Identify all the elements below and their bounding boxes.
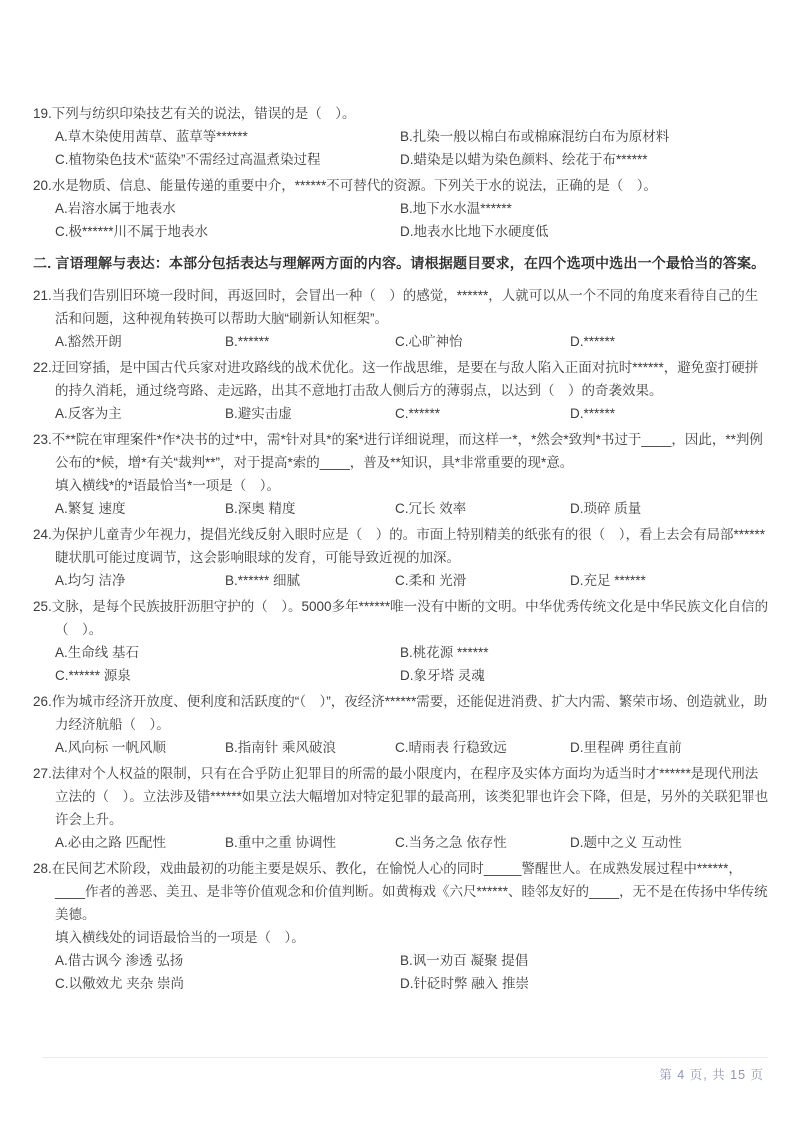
- question-text: 不**院在审理案件*作*决书的过*中，需*针对具*的案*进行详细说理，而这样一*…: [52, 432, 763, 470]
- option-a: A.风向标 一帆风顺: [55, 736, 225, 759]
- option-d: D.地表水比地下水硬度低: [400, 220, 770, 243]
- option-b: B.重中之重 协调性: [225, 831, 395, 854]
- question-stem: 25.文脉，是每个民族披肝沥胆守护的（ ）。5000多年******唯一没有中断…: [33, 595, 770, 641]
- options-group: A.繁复 速度B.深奥 精度C.冗长 效率D.琐碎 质量: [33, 497, 770, 520]
- options-group: A.反客为主B.避实击虚C.******D.******: [33, 402, 770, 425]
- options-row: A.风向标 一帆风顺B.指南针 乘风破浪C.晴雨表 行稳致远D.里程碑 勇往直前: [55, 736, 770, 759]
- question-text: 作为城市经济开放度、便利度和活跃度的“（ ）”，夜经济******需要，还能促进…: [52, 694, 768, 732]
- options-group: A.均匀 洁净B.****** 细腻C.柔和 光滑D.充足 ******: [33, 569, 770, 592]
- question-stem: 21.当我们告别旧环境一段时间，再返回时，会冒出一种（ ）的感觉，******，…: [33, 284, 770, 330]
- question-text: 在民间艺术阶段，戏曲最初的功能主要是娱乐、教化，在愉悦人心的同时_____警醒世…: [52, 861, 768, 922]
- question-prompt: 填入横线*的*语最恰当*一项是（ ）。: [33, 474, 770, 497]
- question-number: 27.: [33, 766, 52, 781]
- options-row: A.必由之路 匹配性B.重中之重 协调性C.当务之急 依存性D.题中之义 互动性: [55, 831, 770, 854]
- question-stem: 27.法律对个人权益的限制，只有在合乎防止犯罪目的所需的最小限度内，在程序及实体…: [33, 762, 770, 831]
- option-c: C.柔和 光滑: [395, 569, 570, 592]
- options-row: C.****** 源泉D.象牙塔 灵魂: [55, 664, 770, 687]
- option-d: D.里程碑 勇往直前: [570, 736, 770, 759]
- option-c: C.晴雨表 行稳致远: [395, 736, 570, 759]
- question-number: 26.: [33, 694, 52, 709]
- question-block: 23.不**院在审理案件*作*决书的过*中，需*针对具*的案*进行详细说理，而这…: [33, 428, 770, 520]
- option-c: C.心旷神怡: [395, 330, 570, 353]
- option-c: C.******: [395, 402, 570, 425]
- option-a: A.必由之路 匹配性: [55, 831, 225, 854]
- question-number: 20.: [33, 178, 52, 193]
- question-block: 21.当我们告别旧环境一段时间，再返回时，会冒出一种（ ）的感觉，******，…: [33, 284, 770, 353]
- question-number: 25.: [33, 599, 52, 614]
- option-a: A.繁复 速度: [55, 497, 225, 520]
- options-group: A.必由之路 匹配性B.重中之重 协调性C.当务之急 依存性D.题中之义 互动性: [33, 831, 770, 854]
- question-number: 22.: [33, 360, 52, 375]
- question-stem: 22.迂回穿插，是中国古代兵家对进攻路线的战术优化。这一作战思维，是要在与敌人陷…: [33, 356, 770, 402]
- page-indicator: 第 4 页, 共 15 页: [659, 1064, 764, 1087]
- question-block: 27.法律对个人权益的限制，只有在合乎防止犯罪目的所需的最小限度内，在程序及实体…: [33, 762, 770, 854]
- options-row: C.植物染色技术“蓝染”不需经过高温煮染过程D.蜡染是以蜡为染色颜料、绘花于布*…: [55, 148, 770, 171]
- options-group: A.风向标 一帆风顺B.指南针 乘风破浪C.晴雨表 行稳致远D.里程碑 勇往直前: [33, 736, 770, 759]
- option-c: C.当务之急 依存性: [395, 831, 570, 854]
- option-d: D.******: [570, 402, 770, 425]
- options-row: C.极******川不属于地表水D.地表水比地下水硬度低: [55, 220, 770, 243]
- question-stem: 28.在民间艺术阶段，戏曲最初的功能主要是娱乐、教化，在愉悦人心的同时_____…: [33, 857, 770, 926]
- options-row: A.生命线 基石B.桃花源 ******: [55, 641, 770, 664]
- question-text: 迂回穿插，是中国古代兵家对进攻路线的战术优化。这一作战思维，是要在与敌人陷入正面…: [52, 360, 759, 398]
- option-a: A.豁然开朗: [55, 330, 225, 353]
- question-stem: 23.不**院在审理案件*作*决书的过*中，需*针对具*的案*进行详细说理，而这…: [33, 428, 770, 474]
- question-block: 24.为保护儿童青少年视力，提倡光线反射入眼时应是（ ）的。市面上特别精美的纸张…: [33, 523, 770, 592]
- options-row: C.以儆效尤 夹杂 崇尚D.针砭时弊 融入 推崇: [55, 972, 770, 995]
- option-d: D.针砭时弊 融入 推崇: [400, 972, 770, 995]
- question-block: 20.水是物质、信息、能量传递的重要中介，******不可替代的资源。下列关于水…: [33, 174, 770, 243]
- option-b: B.指南针 乘风破浪: [225, 736, 395, 759]
- option-c: C.极******川不属于地表水: [55, 220, 400, 243]
- question-stem: 24.为保护儿童青少年视力，提倡光线反射入眼时应是（ ）的。市面上特别精美的纸张…: [33, 523, 770, 569]
- options-row: A.豁然开朗B.******C.心旷神怡D.******: [55, 330, 770, 353]
- question-block: 28.在民间艺术阶段，戏曲最初的功能主要是娱乐、教化，在愉悦人心的同时_____…: [33, 857, 770, 995]
- option-a: A.均匀 洁净: [55, 569, 225, 592]
- question-number: 28.: [33, 861, 52, 876]
- question-text: 当我们告别旧环境一段时间，再返回时，会冒出一种（ ）的感觉，******，人就可…: [52, 288, 759, 326]
- question-stem: 20.水是物质、信息、能量传递的重要中介，******不可替代的资源。下列关于水…: [33, 174, 770, 197]
- options-row: A.反客为主B.避实击虚C.******D.******: [55, 402, 770, 425]
- question-text: 法律对个人权益的限制，只有在合乎防止犯罪目的所需的最小限度内，在程序及实体方面均…: [52, 766, 769, 827]
- question-text: 文脉，是每个民族披肝沥胆守护的（ ）。5000多年******唯一没有中断的文明…: [52, 599, 768, 637]
- option-c: C.植物染色技术“蓝染”不需经过高温煮染过程: [55, 148, 400, 171]
- question-block: 19.下列与纺织印染技艺有关的说法，错误的是（ ）。 A.草木染使用茜草、蓝草等…: [33, 102, 770, 171]
- options-group: A.豁然开朗B.******C.心旷神怡D.******: [33, 330, 770, 353]
- options-row: A.借古讽今 渗透 弘扬B.讽一劝百 凝聚 提倡: [55, 949, 770, 972]
- options-row: A.繁复 速度B.深奥 精度C.冗长 效率D.琐碎 质量: [55, 497, 770, 520]
- option-b: B.地下水水温******: [400, 197, 770, 220]
- option-c: C.冗长 效率: [395, 497, 570, 520]
- option-b: B.桃花源 ******: [400, 641, 770, 664]
- option-a: A.反客为主: [55, 402, 225, 425]
- question-number: 21.: [33, 288, 52, 303]
- options-row: A.草木染使用茜草、蓝草等******B.扎染一般以棉白布或棉麻混纺白布为原材料: [55, 125, 770, 148]
- option-d: D.琐碎 质量: [570, 497, 770, 520]
- option-b: B.讽一劝百 凝聚 提倡: [400, 949, 770, 972]
- option-b: B.扎染一般以棉白布或棉麻混纺白布为原材料: [400, 125, 770, 148]
- options-group: A.生命线 基石B.桃花源 ******C.****** 源泉D.象牙塔 灵魂: [33, 641, 770, 687]
- page-content: 19.下列与纺织印染技艺有关的说法，错误的是（ ）。 A.草木染使用茜草、蓝草等…: [0, 0, 800, 995]
- option-c: C.以儆效尤 夹杂 崇尚: [55, 972, 400, 995]
- option-d: D.蜡染是以蜡为染色颜料、绘花于布******: [400, 148, 770, 171]
- options-row: A.岩溶水属于地表水B.地下水水温******: [55, 197, 770, 220]
- option-b: B.避实击虚: [225, 402, 395, 425]
- option-c: C.****** 源泉: [55, 664, 400, 687]
- question-text: 水是物质、信息、能量传递的重要中介，******不可替代的资源。下列关于水的说法…: [52, 178, 657, 193]
- question-stem: 19.下列与纺织印染技艺有关的说法，错误的是（ ）。: [33, 102, 770, 125]
- section-header: 二. 言语理解与表达：本部分包括表达与理解两方面的内容。请根据题目要求，在四个选…: [33, 251, 770, 276]
- option-d: D.题中之义 互动性: [570, 831, 770, 854]
- option-b: B.******: [225, 330, 395, 353]
- question-block: 25.文脉，是每个民族披肝沥胆守护的（ ）。5000多年******唯一没有中断…: [33, 595, 770, 687]
- question-block: 22.迂回穿插，是中国古代兵家对进攻路线的战术优化。这一作战思维，是要在与敌人陷…: [33, 356, 770, 425]
- option-a: A.岩溶水属于地表水: [55, 197, 400, 220]
- option-b: B.****** 细腻: [225, 569, 395, 592]
- options-group: A.借古讽今 渗透 弘扬B.讽一劝百 凝聚 提倡C.以儆效尤 夹杂 崇尚D.针砭…: [33, 949, 770, 995]
- options-group: A.岩溶水属于地表水B.地下水水温******C.极******川不属于地表水D…: [33, 197, 770, 243]
- question-stem: 26.作为城市经济开放度、便利度和活跃度的“（ ）”，夜经济******需要，还…: [33, 690, 770, 736]
- footer-divider: [42, 1057, 768, 1058]
- question-number: 19.: [33, 106, 52, 121]
- question-block: 26.作为城市经济开放度、便利度和活跃度的“（ ）”，夜经济******需要，还…: [33, 690, 770, 759]
- option-a: A.草木染使用茜草、蓝草等******: [55, 125, 400, 148]
- question-number: 24.: [33, 527, 52, 542]
- option-a: A.借古讽今 渗透 弘扬: [55, 949, 400, 972]
- option-d: D.充足 ******: [570, 569, 770, 592]
- question-prompt: 填入横线处的词语最恰当的一项是（ ）。: [33, 926, 770, 949]
- options-group: A.草木染使用茜草、蓝草等******B.扎染一般以棉白布或棉麻混纺白布为原材料…: [33, 125, 770, 171]
- option-d: D.象牙塔 灵魂: [400, 664, 770, 687]
- options-row: A.均匀 洁净B.****** 细腻C.柔和 光滑D.充足 ******: [55, 569, 770, 592]
- question-text: 下列与纺织印染技艺有关的说法，错误的是（ ）。: [52, 106, 356, 121]
- question-text: 为保护儿童青少年视力，提倡光线反射入眼时应是（ ）的。市面上特别精美的纸张有的很…: [52, 527, 765, 565]
- option-d: D.******: [570, 330, 770, 353]
- question-number: 23.: [33, 432, 52, 447]
- exam-page: { "document": { "sections": [ { "type": …: [0, 0, 800, 1132]
- option-b: B.深奥 精度: [225, 497, 395, 520]
- option-a: A.生命线 基石: [55, 641, 400, 664]
